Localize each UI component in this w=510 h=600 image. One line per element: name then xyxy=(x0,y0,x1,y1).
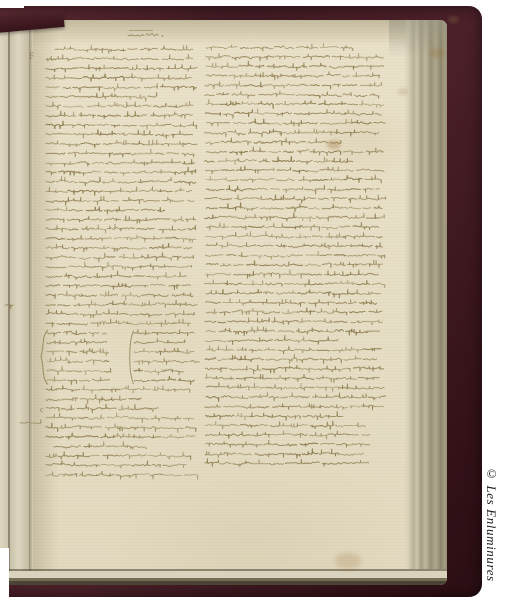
parchment-stain xyxy=(335,553,361,569)
book-pages-block xyxy=(0,20,447,585)
gutter-page-edge-outer xyxy=(0,20,8,585)
credit-watermark: © Les Enluminures xyxy=(483,466,499,582)
gutter-page-edge-inner xyxy=(10,20,29,585)
margin-mark-c: c xyxy=(40,405,44,414)
bottom-page-edges xyxy=(8,569,447,585)
manuscript-page-leaf xyxy=(33,20,447,585)
parchment-stain xyxy=(398,88,408,95)
parchment-stain xyxy=(327,140,341,149)
photo-corner-bottom-left xyxy=(0,548,9,600)
parchment-stain xyxy=(430,48,445,58)
fore-edge-smudge xyxy=(448,16,459,23)
margin-mark-f: F xyxy=(29,51,34,61)
photo-corner-top-left xyxy=(0,0,24,8)
fore-edge-page-stack xyxy=(404,20,447,569)
manuscript-photo: F c © Les Enluminures xyxy=(0,0,510,600)
